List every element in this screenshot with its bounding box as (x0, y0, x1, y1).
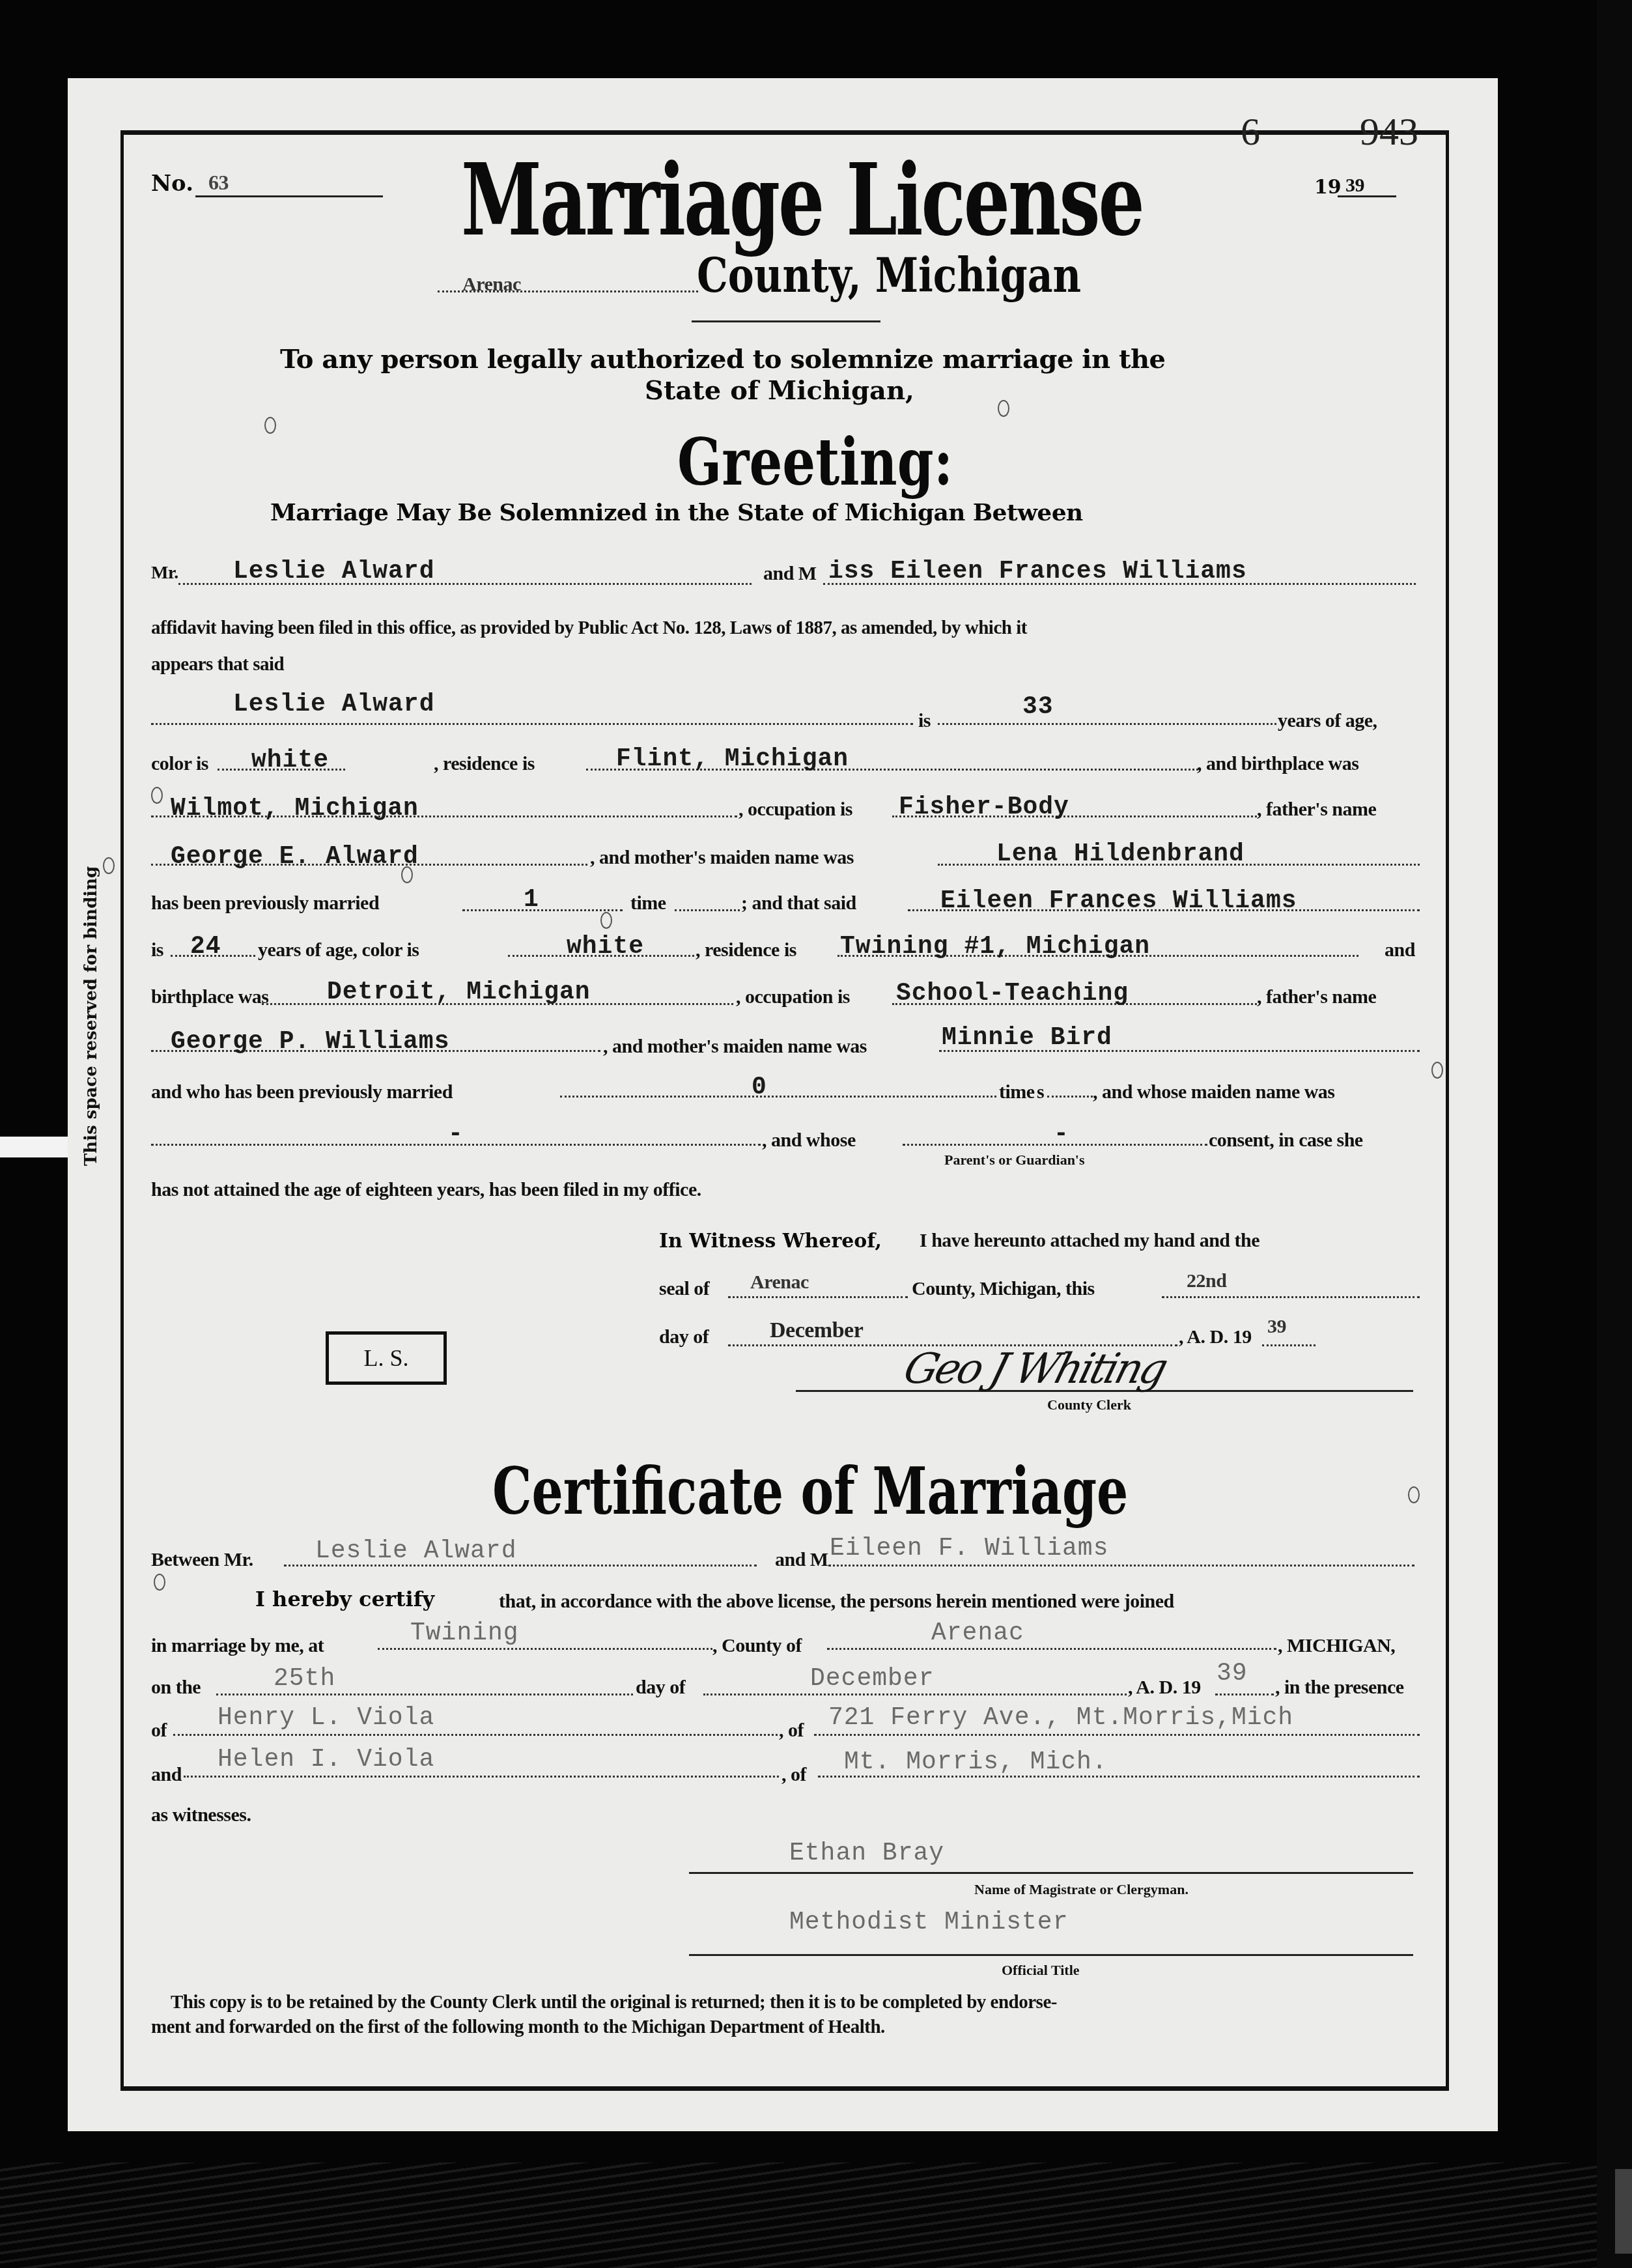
birthplace-label: , and birthplace was (1197, 753, 1358, 775)
groom-father: George E. Alward (171, 843, 419, 871)
groom-prev-married-line (462, 909, 623, 911)
witness2-of-label: , of (781, 1764, 806, 1786)
and-miss-label: and M (763, 563, 817, 585)
groom-line (151, 723, 913, 725)
punch-mark (401, 866, 413, 883)
witness1-address: 721 Ferry Ave., Mt.Morris,Mich (828, 1704, 1293, 1732)
clerk-signature: Geo J Whiting (899, 1345, 1171, 1393)
bride-color: white (567, 933, 644, 961)
groom-prev-married: 1 (524, 886, 539, 914)
officiant-caption: Name of Magistrate or Clergyman. (974, 1881, 1189, 1898)
footer-note-line-2: ment and forwarded on the first of the f… (151, 2017, 885, 2038)
witness2-address: Mt. Morris, Mich. (844, 1748, 1108, 1776)
county-value: Arenac (462, 274, 521, 296)
witness1-name-line (173, 1734, 778, 1736)
official-title: Methodist Minister (789, 1908, 1068, 1936)
greeting-heading: Greeting: (677, 423, 953, 500)
decorative-rule (692, 320, 880, 322)
groom-birthplace: Wilmot, Michigan (171, 795, 419, 823)
seal-box: L. S. (326, 1331, 447, 1385)
binding-note: This space reserved for binding (81, 866, 101, 1166)
groom-name: Leslie Alward (233, 690, 434, 718)
times-label: time (999, 1081, 1035, 1103)
witness2-name: Helen I. Viola (218, 1746, 434, 1774)
witness-whereof-text: I have hereunto attached my hand and the (920, 1230, 1259, 1252)
punch-mark (103, 857, 115, 874)
cert-year: 39 (1217, 1660, 1248, 1688)
bride-name: Eileen Frances Williams (940, 887, 1297, 915)
punch-mark (154, 1574, 165, 1591)
mothers-maiden-name-label: , and mother's maiden name was (603, 1036, 867, 1058)
on-the-label: on the (151, 1677, 201, 1699)
bride-age: 24 (190, 933, 221, 961)
county-clerk-caption: County Clerk (1047, 1396, 1131, 1413)
time-line (675, 909, 740, 911)
cert-year-line (1215, 1694, 1274, 1695)
certify-heading: I hereby certify (255, 1587, 434, 1611)
bride-father: George P. Williams (171, 1028, 449, 1056)
groom-name-value: Leslie Alward (233, 558, 434, 586)
fathers-name-label: , father's name (1257, 799, 1376, 821)
county-label: County, Michigan (697, 249, 1081, 304)
official-title-line (689, 1954, 1413, 1956)
cert-place: Twining (410, 1619, 519, 1647)
officiant-line (689, 1872, 1413, 1874)
and-that-said-label: ; and that said (741, 892, 856, 914)
salutation-line-2: State of Michigan, (645, 375, 914, 406)
groom-occupation: Fisher-Body (899, 793, 1069, 821)
guardian-caption: Parent's or Guardian's (944, 1152, 1085, 1169)
years-of-age-color-label: years of age, color is (258, 939, 419, 961)
license-year: 39 (1267, 1316, 1286, 1338)
guardian-consent: - (1054, 1120, 1069, 1148)
ad-label: , A. D. 19 (1179, 1326, 1252, 1348)
file-number-left: 6 (1241, 109, 1260, 154)
officiant-name: Ethan Bray (789, 1839, 944, 1867)
groom-mother: Lena Hildenbrand (996, 840, 1245, 868)
mr-label: Mr. (151, 563, 178, 584)
cert-month: December (810, 1665, 934, 1693)
file-number-right: 943 (1360, 109, 1418, 154)
scan-artifact (0, 1137, 68, 1157)
witness-whereof-heading: In Witness Whereof, (659, 1230, 882, 1253)
punch-mark (1408, 1486, 1420, 1503)
scan-edge (1597, 0, 1632, 2268)
residence-label: , residence is (434, 753, 535, 775)
license-no-label: No. (151, 171, 193, 197)
in-marriage-label: in marriage by me, at (151, 1635, 324, 1657)
mothers-maiden-name-label: , and mother's maiden name was (590, 847, 854, 869)
birthplace-label: birthplace was (151, 986, 269, 1008)
scan-background (0, 2162, 1632, 2268)
seal-of-label: seal of (659, 1278, 709, 1300)
punch-mark (1431, 1062, 1443, 1079)
punch-mark (264, 417, 276, 434)
county-of-label: , County of (712, 1635, 802, 1657)
times-line (1047, 1096, 1093, 1098)
color-label: color is (151, 753, 208, 775)
previously-married-label: has been previously married (151, 892, 379, 914)
license-month: December (770, 1318, 863, 1343)
certificate-title: Certificate of Marriage (492, 1454, 1128, 1529)
ad-label: , A. D. 19 (1128, 1677, 1201, 1699)
punch-mark (600, 912, 612, 929)
bride-maiden-name: - (448, 1120, 464, 1148)
greeting-subheading: Marriage May Be Solemnized in the State … (270, 499, 1083, 526)
bride-prev-married-line (560, 1096, 996, 1098)
consent-label: consent, in case she (1209, 1129, 1363, 1152)
witness2-name-line (184, 1776, 779, 1778)
day-of-label: day of (636, 1677, 685, 1699)
groom-color: white (251, 746, 329, 774)
bride-mother: Minnie Bird (942, 1024, 1112, 1052)
witness1-prefix: of (151, 1720, 167, 1742)
cert-county: Arenac (931, 1619, 1024, 1647)
day-of-label: day of (659, 1326, 709, 1348)
groom-residence: Flint, Michigan (616, 745, 849, 773)
and-whose-label: , and whose (762, 1129, 856, 1152)
cert-day-line (216, 1694, 633, 1695)
scan-artifact (1615, 2169, 1632, 2254)
affidavit-text-2: appears that said (151, 654, 284, 675)
footer-note-line-1: This copy is to be retained by the Count… (171, 1992, 1057, 2013)
and-m-label: and M (775, 1549, 828, 1571)
year-line (1262, 1344, 1315, 1346)
residence-label: , residence is (696, 939, 796, 961)
certify-text: that, in accordance with the above licen… (499, 1591, 1174, 1613)
county-michigan-this-label: County, Michigan, this (912, 1278, 1095, 1300)
between-label: Between Mr. (151, 1549, 253, 1571)
is-label: is (151, 939, 163, 961)
groom-age: 33 (1022, 693, 1054, 721)
cert-bride: Eileen F. Williams (830, 1535, 1108, 1563)
cert-place-line (378, 1648, 712, 1650)
time-label: time (630, 892, 666, 914)
witness1-address-line (814, 1734, 1420, 1736)
affidavit-text: affidavit having been filed in this offi… (151, 617, 1027, 639)
occupation-label: , occupation is (736, 986, 850, 1008)
bride-occupation: School-Teaching (896, 980, 1129, 1008)
years-of-age-label: years of age, (1278, 710, 1377, 732)
cert-day: 25th (274, 1665, 335, 1693)
cert-county-line (827, 1648, 1276, 1650)
witness2-prefix: and (151, 1764, 182, 1786)
cert-month-line (703, 1694, 1127, 1695)
occupation-label: , occupation is (739, 799, 852, 821)
license-title: Marriage License (461, 143, 1143, 259)
age-eighteen-clause: has not attained the age of eighteen yea… (151, 1179, 701, 1201)
official-title-caption: Official Title (1002, 1962, 1080, 1979)
groom-age-line (938, 723, 1276, 725)
cert-bride-line (828, 1565, 1414, 1566)
witness1-name: Henry L. Viola (218, 1704, 434, 1732)
times-suffix: s (1037, 1081, 1044, 1103)
in-the-presence-label: , in the presence (1275, 1677, 1404, 1699)
salutation-line-1: To any person legally authorized to sole… (280, 344, 1165, 375)
bride-prev-married: 0 (752, 1073, 767, 1101)
punch-mark (151, 787, 163, 804)
seal-county-line (728, 1296, 908, 1298)
and-label: and (1385, 939, 1415, 961)
bride-residence: Twining #1, Michigan (840, 933, 1150, 961)
license-no-value: 63 (208, 171, 229, 195)
witness1-of-label: , of (779, 1720, 804, 1742)
maiden-name-label: , and whose maiden name was (1093, 1081, 1335, 1103)
michigan-label: , MICHIGAN, (1278, 1635, 1395, 1657)
as-witnesses-label: as witnesses. (151, 1804, 251, 1826)
punch-mark (998, 400, 1009, 417)
previously-married-label: and who has been previously married (151, 1081, 453, 1103)
cert-groom: Leslie Alward (315, 1537, 516, 1565)
day-line (1162, 1296, 1420, 1298)
license-no-line (195, 195, 383, 197)
license-day: 22nd (1187, 1270, 1226, 1292)
bride-name-value: iss Eileen Frances Williams (828, 558, 1247, 586)
seal-county: Arenac (750, 1271, 809, 1294)
year-suffix: 39 (1345, 175, 1364, 197)
is-label: is (918, 710, 931, 732)
fathers-name-label: , father's name (1257, 986, 1376, 1008)
bride-birthplace: Detroit, Michigan (327, 978, 591, 1006)
